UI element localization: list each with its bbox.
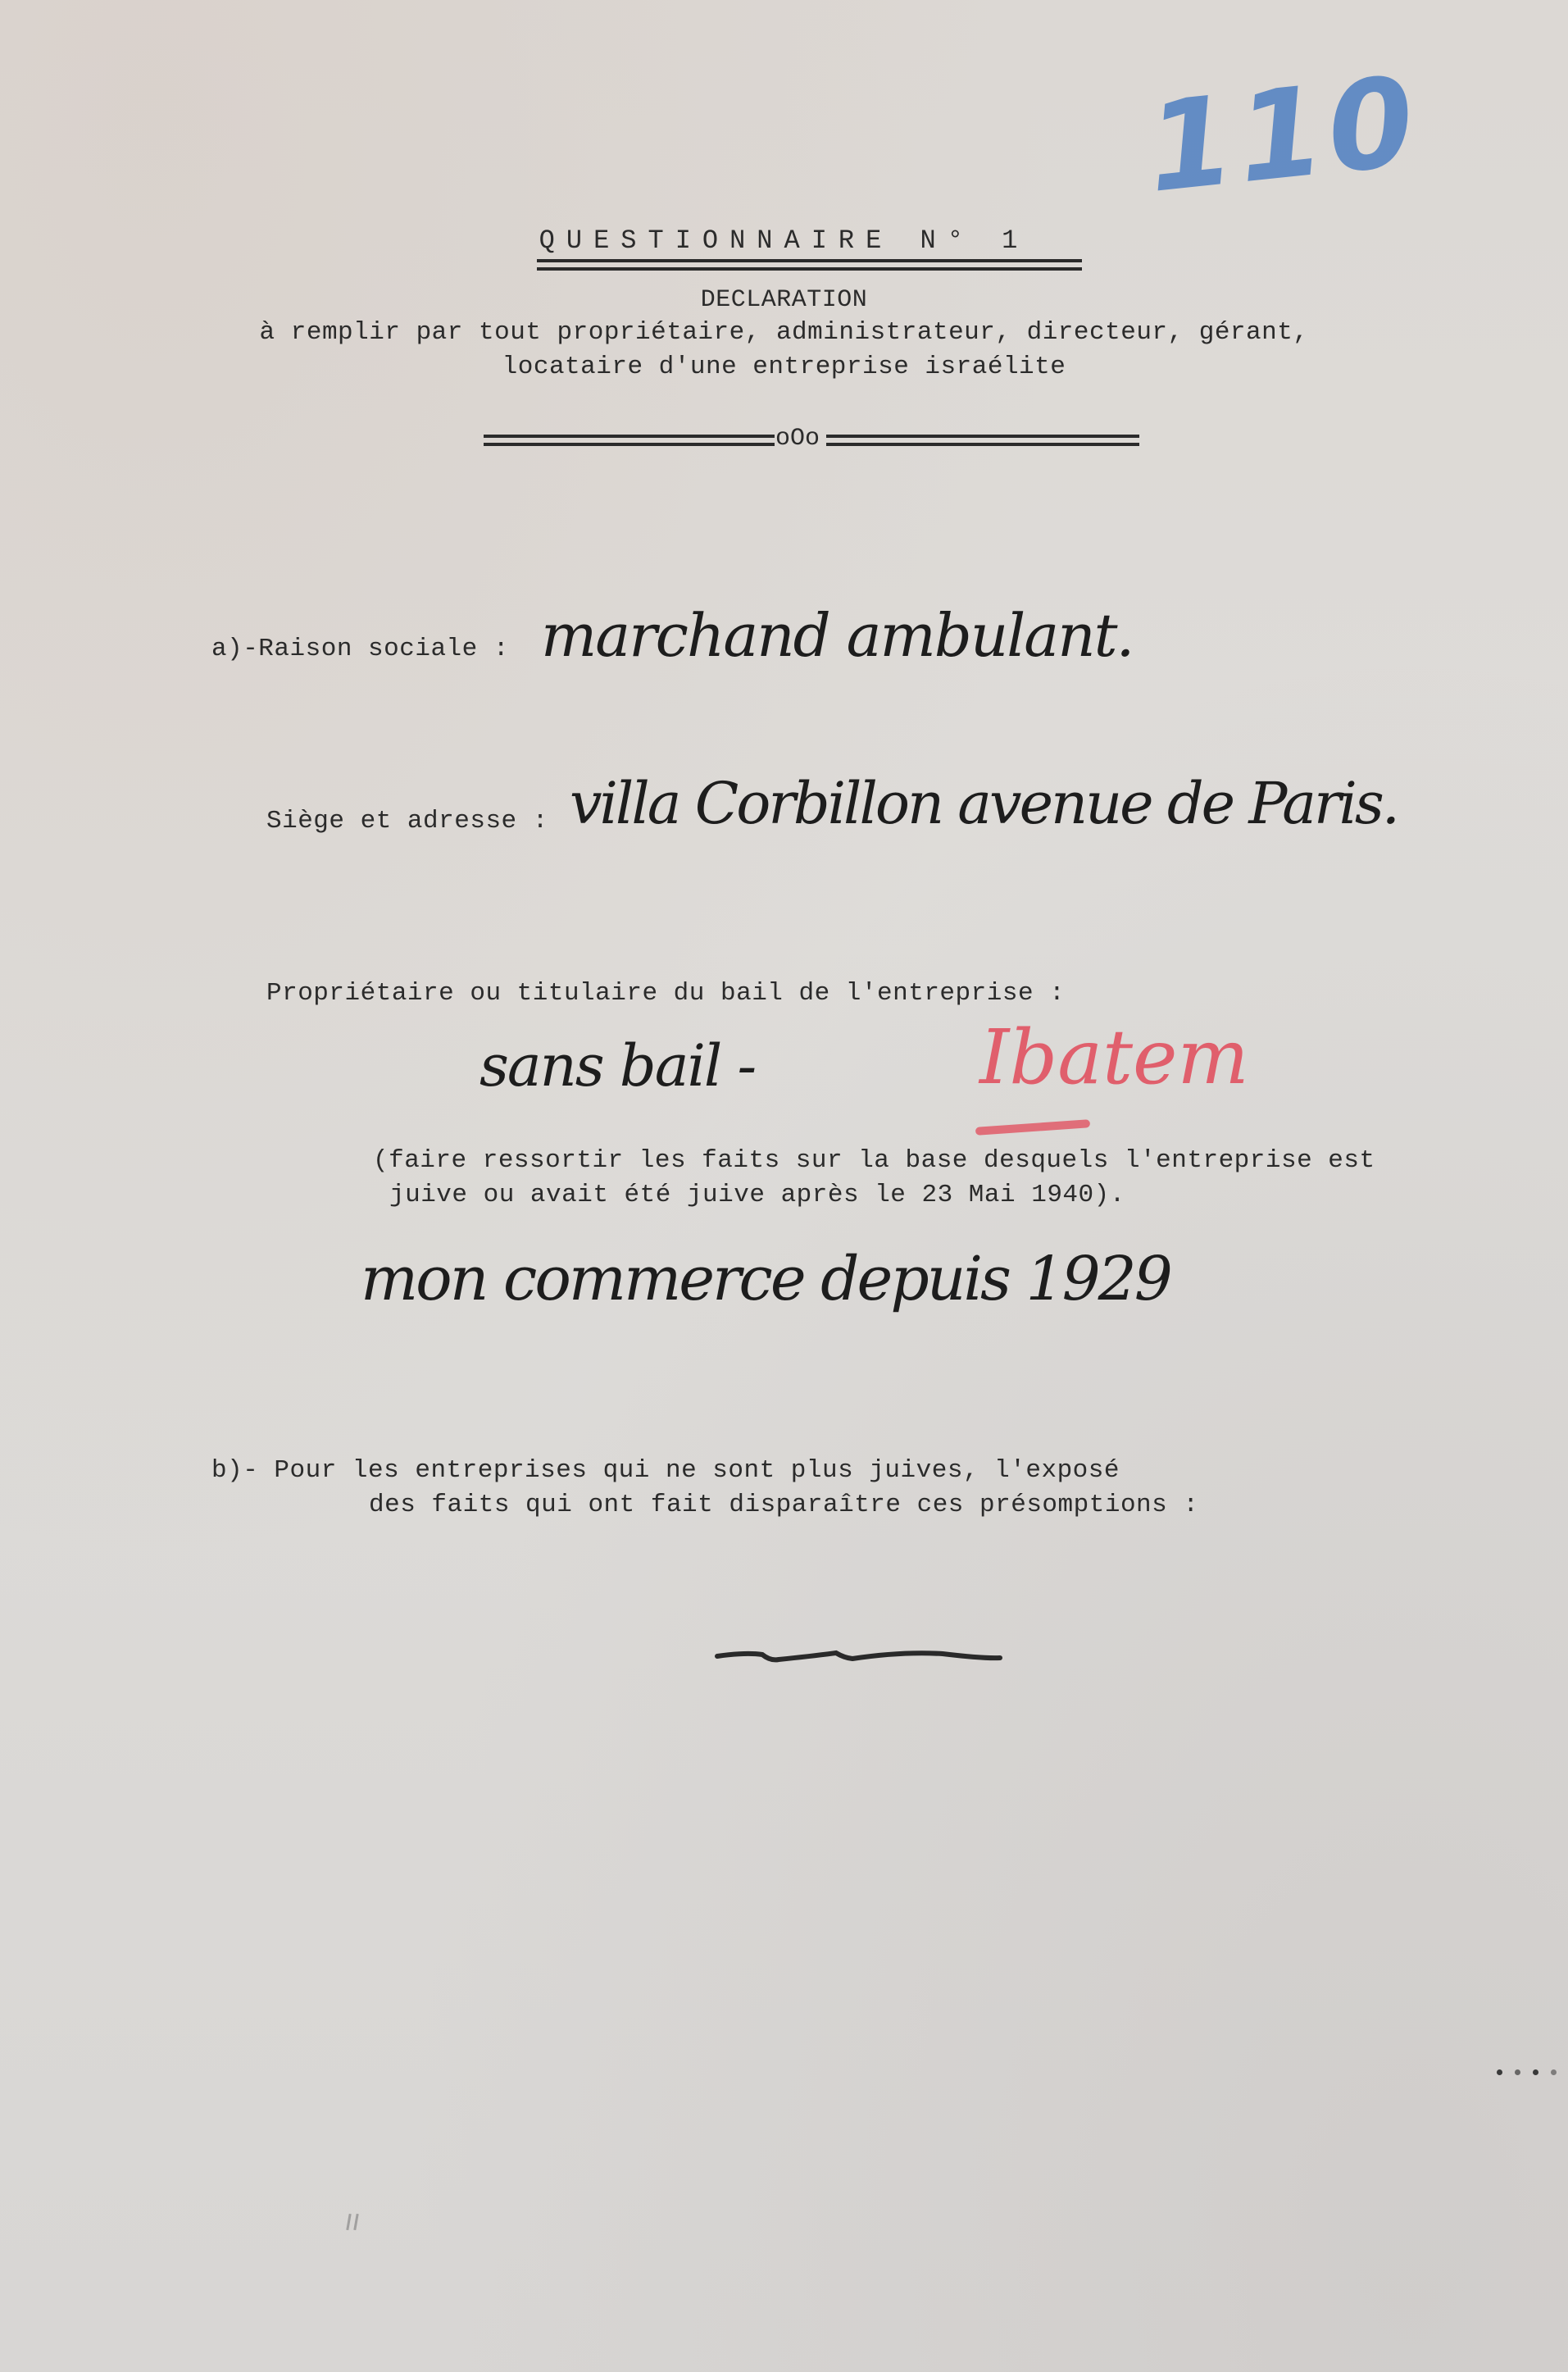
ornament-line-right-top bbox=[826, 435, 1139, 438]
faint-mark bbox=[353, 2214, 358, 2230]
raison-sociale-value: marchand ambulant. bbox=[541, 599, 1133, 672]
b-section-line-2: des faits qui ont fait disparaître ces p… bbox=[369, 1487, 1198, 1523]
b-section-line-1: b)- Pour les entreprises qui ne sont plu… bbox=[211, 1453, 1120, 1489]
faits-value: mon commerce depuis 1929 bbox=[361, 1238, 1170, 1320]
margin-dot-1 bbox=[1497, 2069, 1502, 2075]
declaration-heading: DECLARATION bbox=[0, 282, 1568, 318]
ornament-line-right-bottom bbox=[826, 443, 1139, 446]
title-underline-2 bbox=[537, 267, 1082, 271]
faint-mark bbox=[346, 2214, 351, 2230]
margin-dot-4 bbox=[1551, 2069, 1557, 2075]
proprietaire-label: Propriétaire ou titulaire du bail de l'e… bbox=[266, 976, 1065, 1012]
margin-dot-2 bbox=[1515, 2069, 1520, 2075]
intro-line-1: à remplir par tout propriétaire, adminis… bbox=[0, 315, 1568, 351]
title-underline-1 bbox=[537, 259, 1082, 262]
document-title: QUESTIONNAIRE N° 1 bbox=[0, 223, 1568, 259]
red-pencil-annotation: Ibatem bbox=[979, 1013, 1249, 1103]
intro-line-2: locataire d'une entreprise israélite bbox=[0, 349, 1568, 385]
ornament-glyph: oOo bbox=[775, 425, 820, 453]
archive-number: 110 bbox=[1141, 52, 1425, 219]
ornament-divider: oOo bbox=[484, 435, 1139, 454]
ornament-line-left-top bbox=[484, 435, 775, 438]
raison-sociale-label: a)-Raison sociale : bbox=[211, 631, 509, 667]
siege-adresse-value: villa Corbillon avenue de Paris. bbox=[570, 767, 1398, 840]
proprietaire-value: sans bail - bbox=[479, 1029, 755, 1103]
faits-instruction-line-2: juive ou avait été juive après le 23 Mai… bbox=[389, 1177, 1125, 1213]
handwritten-dash bbox=[713, 1648, 1008, 1673]
margin-dot-3 bbox=[1533, 2069, 1538, 2075]
document-page: 110 QUESTIONNAIRE N° 1 DECLARATION à rem… bbox=[0, 0, 1568, 2372]
faits-instruction-line-1: (faire ressortir les faits sur la base d… bbox=[373, 1143, 1375, 1179]
siege-adresse-label: Siège et adresse : bbox=[266, 804, 548, 840]
red-pencil-underline bbox=[975, 1119, 1090, 1136]
ornament-line-left-bottom bbox=[484, 443, 775, 446]
